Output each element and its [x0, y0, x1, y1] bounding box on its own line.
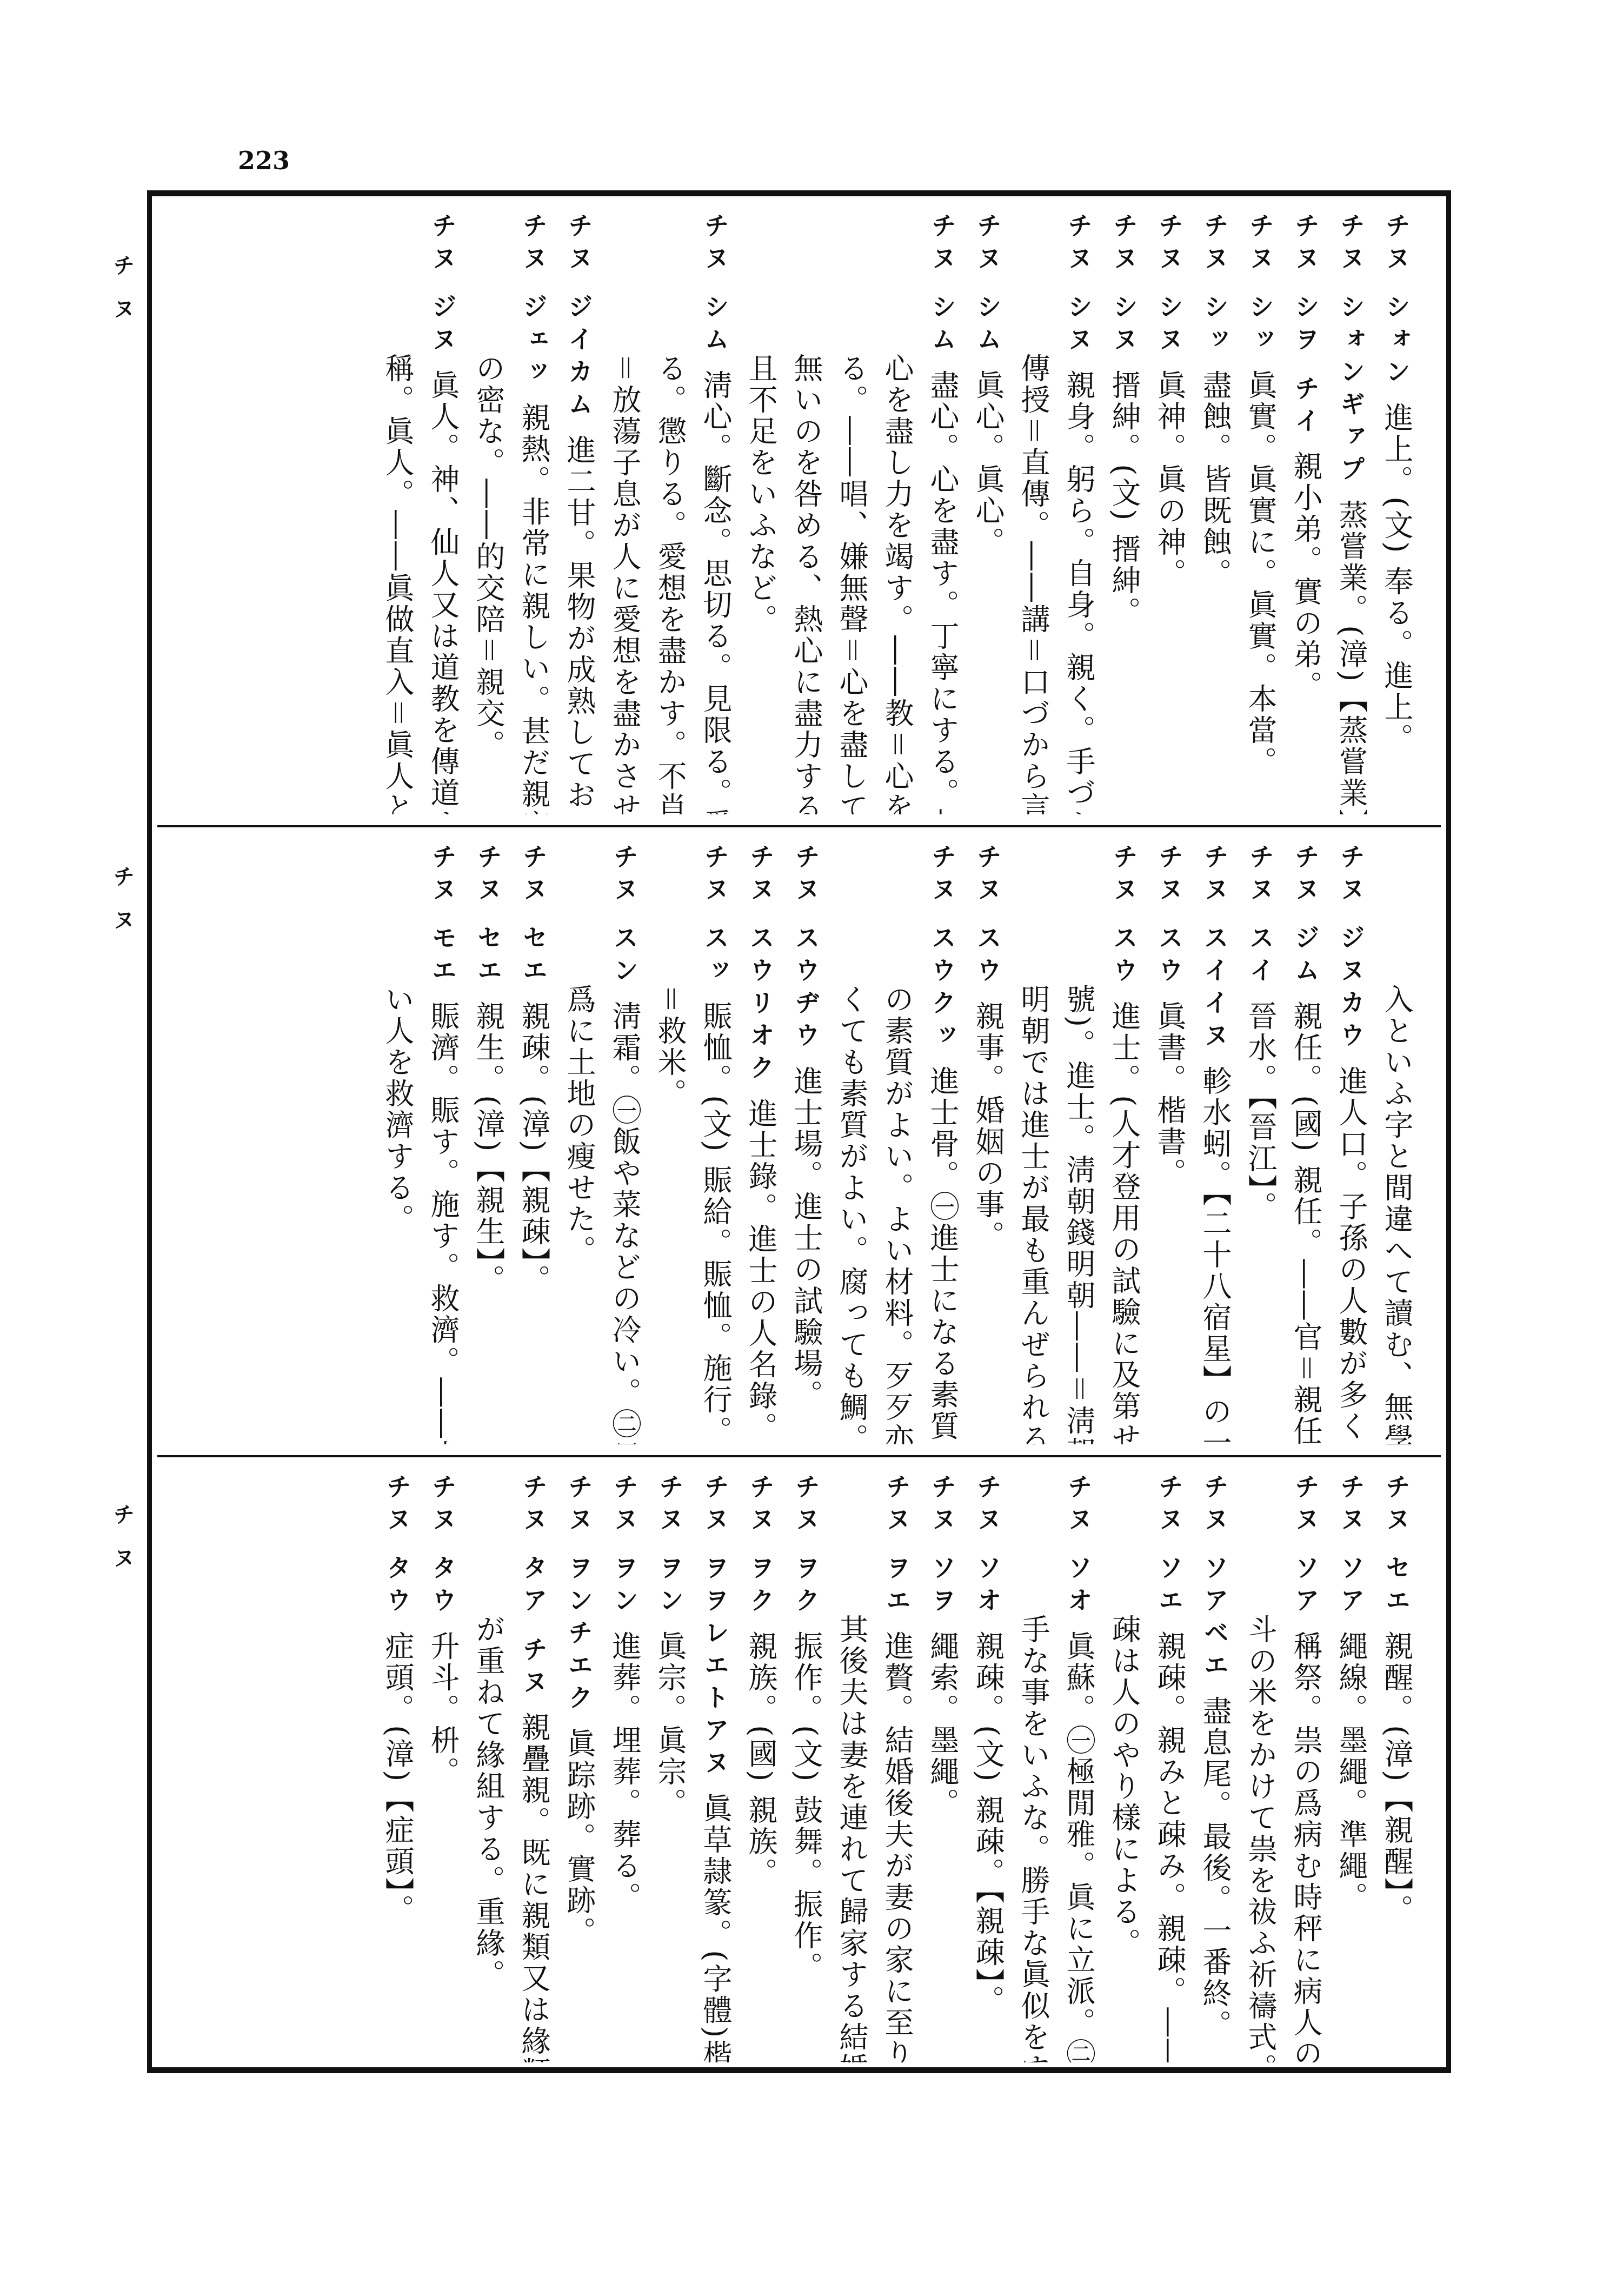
dictionary-entry: チヌ ヲンチエク 眞踪跡。實跡。 — [556, 1474, 602, 2062]
entry-definition: い人を救濟する。 — [381, 984, 415, 1235]
dictionary-entry: チヌ ジイカム 進二甘。果物が成熟しておいしい。 — [556, 213, 602, 814]
entry-definition: 親身。躬ら。自身。親く。手づから。―― — [1062, 370, 1096, 814]
entry-definition: 親小弟。實の弟。 — [1289, 451, 1323, 702]
entry-definition: くても素質がよい。腐っても鯛。 — [835, 984, 869, 1444]
dictionary-entry: チヌ シッ 盡蝕。皆既蝕。 — [1192, 213, 1238, 814]
entry-definition: 斗の米をかけて祟を祓ふ祈禱式。 — [1243, 1614, 1278, 2062]
entry-definition: 眞實。眞實に。眞實。本當。 — [1243, 370, 1278, 778]
dictionary-entry: チヌ セエ 親醒。(漳)【親醒】。 — [1374, 1474, 1419, 2062]
entry-headword: チヌ ヲエ — [882, 1474, 912, 1620]
entry-headword: チヌ ソア — [1291, 1474, 1320, 1620]
dictionary-entry: チヌ ジヌカウ 進人口。子孫の人數が多くなる。 — [1328, 844, 1374, 1444]
entry-headword: チヌ シム — [928, 213, 957, 359]
entry-definition: 親熱。非常に親しい。甚だ親密。情交 — [517, 402, 551, 814]
entry-headword: チヌ ヲヲレエトアヌ — [701, 1474, 730, 1782]
dictionary-entry: チヌ ソオ 眞蘇。㊀極閒雅。眞に立派。㊁(罵) 自分勝 — [1056, 1474, 1101, 2062]
dictionary-entry: チヌ タウ 症頭。(漳)【症頭】。 — [375, 1474, 420, 2062]
dictionary-entry: チヌ タウ 升斗。枡。 — [420, 1474, 465, 2062]
entry-headword: チヌ ヲク — [746, 1474, 775, 1620]
dictionary-entry: チヌ ソア 繩線。墨繩。準繩。 — [1328, 1474, 1374, 2062]
dictionary-entry: チヌ シヲ チイ 親小弟。實の弟。 — [1283, 213, 1328, 814]
entry-headword: チヌ モエ — [428, 844, 457, 990]
entry-definition: 進二甘。果物が成熟しておいしい。 — [562, 435, 596, 814]
entry-definition: 心を盡し力を竭す。――教＝心を盡して教へ — [880, 353, 914, 814]
dictionary-entry: チヌ シム 淸心。斷念。思切る。見限る。愛想がつき — [693, 213, 738, 814]
entry-definition: 軫水蚓。【二十八宿星】の一。 — [1198, 1066, 1232, 1444]
entry-band-middle: 入といふ字と間違へて讀む、無學粗忽を罵る意。チヌ ジヌカウ 進人口。子孫の人數が… — [157, 825, 1441, 1455]
dictionary-entry: チヌ シム 眞心。眞心。 — [965, 213, 1010, 814]
entry-headword: チヌ シム — [701, 213, 730, 359]
entry-headword: チヌ ソヲ — [928, 1474, 957, 1620]
entry-headword: チヌ シッ — [1246, 213, 1275, 359]
entry-continuation: い人を救濟する。 — [375, 844, 420, 1444]
entry-definition: 症頭。(漳)【症頭】。 — [381, 1631, 415, 1926]
dictionary-entry: チヌ スウクッ 進士骨。㊀進士になる素質。㊁品物 — [920, 844, 965, 1444]
dictionary-entry: チヌ ソアベエ 盡息尾。最後。一番終。 — [1192, 1474, 1238, 2062]
entry-definition: 眞神。眞の神。 — [1153, 370, 1187, 589]
entry-continuation: 無いのを咎める、熱心に盡力するにも拘はらず尙 — [783, 213, 829, 814]
entry-band-top: チヌ シォン 進上。(文) 奉る。進上。チヌ シォンギァプ 蒸嘗業。(漳)【蒸嘗… — [157, 196, 1441, 825]
entry-definition: 疎は人のやり樣による。 — [1107, 1614, 1141, 1959]
dictionary-entry: チヌ スイ 晉水。【晉江】。 — [1238, 844, 1283, 1444]
entry-definition: 眞心。眞心。 — [971, 370, 1005, 558]
dictionary-entry: チヌ ソア 稱祭。祟の爲病む時秤に病人の着物と一 — [1283, 1474, 1328, 2062]
entry-definition: 搢紳。(文) 搢紳。 — [1107, 370, 1141, 628]
dictionary-entry: チヌ ジム 親任。(國) 親任。――官＝親任官。 — [1283, 844, 1328, 1444]
entry-headword: チヌ シォン — [1382, 213, 1411, 391]
entry-definition: 親疎。(文) 親疎。【親疎】。 — [971, 1631, 1005, 2016]
entry-continuation: る。懲りる。愛想を盡かす。不肖子成人―― — [647, 213, 693, 814]
entry-headword: チヌ スウクッ — [928, 844, 957, 1054]
entry-headword: チヌ ヲク — [791, 1474, 821, 1620]
margin-index-label-1: チヌ — [111, 254, 138, 341]
entry-headword: チヌ ヲン — [655, 1474, 684, 1620]
dictionary-entry: チヌ セエ 親生。(漳)【親生】。 — [465, 844, 511, 1444]
entry-definition: 無いのを咎める、熱心に盡力するにも拘はらず尙 — [789, 353, 823, 814]
entry-definition: る。懲りる。愛想を盡かす。不肖子成人―― — [653, 353, 687, 814]
entry-definition: 眞踪跡。實跡。 — [562, 1728, 596, 1948]
entry-continuation: が重ねて緣組する。重緣。 — [465, 1474, 511, 2062]
entry-definition: 稱。眞人。――眞做直入＝眞人といふ字を直 — [381, 353, 415, 814]
entry-definition: 進葬。埋葬。葬る。 — [608, 1631, 642, 1913]
entry-definition: 親醒。(漳)【親醒】。 — [1380, 1631, 1414, 1926]
entry-headword: チヌ スイ — [1246, 844, 1275, 990]
dictionary-entry: チヌ シヌ 眞神。眞の神。 — [1147, 213, 1192, 814]
entry-headword: チヌ ジェッ — [519, 213, 548, 391]
entry-definition: 親族。(國) 親族。 — [744, 1631, 778, 1889]
entry-headword: チヌ スウ — [1109, 844, 1139, 990]
entry-continuation: 其後夫は妻を連れて歸家する結婚。【入門】を見 — [829, 1474, 874, 2062]
entry-continuation: ＝放蕩子息が人に愛想を盡かさせる。 — [602, 213, 647, 814]
entry-headword: チヌ タア チヌ — [519, 1474, 548, 1701]
dictionary-entry: チヌ ヲヲレエトアヌ 眞草隷篆。(字體)楷草隷篆。 — [693, 1474, 738, 2062]
dictionary-entry: チヌ ソヲ 繩索。墨繩。 — [920, 1474, 965, 2062]
entry-continuation: 爲に土地の瘦せた。 — [556, 844, 602, 1444]
dictionary-entry: チヌ セエ 親疎。(漳)【親疎】。 — [511, 844, 556, 1444]
entry-definition: 眞草隷篆。(字體)楷草隷篆。 — [699, 1793, 733, 2062]
entry-definition: 進人口。子孫の人數が多くなる。 — [1334, 1066, 1368, 1444]
dictionary-frame: チヌ シォン 進上。(文) 奉る。進上。チヌ シォンギァプ 蒸嘗業。(漳)【蒸嘗… — [147, 190, 1451, 2073]
entry-headword: チヌ ジム — [1291, 844, 1320, 990]
entry-definition: 晉水。【晉江】。 — [1243, 1001, 1278, 1223]
entry-continuation: 入といふ字と間違へて讀む、無學粗忽を罵る意。 — [1374, 844, 1419, 1444]
entry-headword: チヌ スイイヌ — [1200, 844, 1229, 1054]
dictionary-entry: チヌ ジェッ 親熱。非常に親しい。甚だ親密。情交 — [511, 213, 556, 814]
entry-headword: チヌ スウ — [973, 844, 1002, 990]
entry-definition: が重ねて緣組する。重緣。 — [471, 1614, 505, 1990]
entry-headword: チヌ タウ — [383, 1474, 412, 1620]
entry-definition: 眞書。楷書。 — [1153, 1001, 1187, 1189]
margin-index-label-2: チヌ — [111, 865, 138, 952]
entry-definition: 其後夫は妻を連れて歸家する結婚。【入門】を見 — [835, 1614, 869, 2062]
entry-definition: 親疊親。既に親類又は緣類たるもの — [517, 1712, 551, 2062]
entry-definition: 親事。婚姻の事。 — [971, 1001, 1005, 1252]
entry-definition: 眞人。神、仙人又は道教を傳道する人の尊 — [426, 370, 460, 814]
entry-continuation: 號)。進士。淸朝錢明朝――＝淸朝では錢、 — [1056, 844, 1101, 1444]
dictionary-entry: チヌ ソエ 親疎。親みと疎み。親疎。――在人做＝親 — [1147, 1474, 1192, 2062]
entry-continuation: 斗の米をかけて祟を祓ふ祈禱式。 — [1238, 1474, 1283, 2062]
entry-definition: 淸霜。㊀飯や菜などの冷い。㊁日當の惡い — [608, 1001, 642, 1444]
entry-continuation: の素質がよい。よい材料。歹歹亦是――＝惡 — [874, 844, 920, 1444]
entry-definition: 淸心。斷念。思切る。見限る。愛想がつき — [699, 370, 733, 814]
dictionary-entry: チヌ シヌ 親身。躬ら。自身。親く。手づから。―― — [1056, 213, 1101, 814]
entry-definition: 繩線。墨繩。準繩。 — [1334, 1631, 1368, 1913]
entry-headword: チヌ スウリオク — [746, 844, 775, 1087]
entry-headword: チヌ シヌ — [1155, 213, 1184, 359]
entry-definition: ＝放蕩子息が人に愛想を盡かさせる。 — [608, 353, 642, 814]
entry-headword: チヌ ヲンチエク — [564, 1474, 594, 1717]
dictionary-entry: チヌ ヲク 親族。(國) 親族。 — [738, 1474, 783, 2062]
entry-definition: 升斗。枡。 — [426, 1631, 460, 1788]
entry-headword: チヌ セエ — [474, 844, 503, 990]
entry-continuation: 疎は人のやり樣による。 — [1101, 1474, 1147, 2062]
dictionary-entry: チヌ シム 盡心。心を盡す。丁寧にする。――竭力＝ — [920, 213, 965, 814]
entry-headword: チヌ ヲン — [610, 1474, 639, 1620]
entry-definition: 進士錄。進士の人名錄。 — [744, 1098, 778, 1443]
dictionary-entry: チヌ シヌ 搢紳。(文) 搢紳。 — [1101, 213, 1147, 814]
dictionary-entry: チヌ ヲン 進葬。埋葬。葬る。 — [602, 1474, 647, 2062]
entry-definition: 眞宗。眞宗。 — [653, 1631, 687, 1819]
entry-headword: チヌ シヌ — [1109, 213, 1139, 359]
entry-headword: チヌ ソア — [1336, 1474, 1366, 1620]
entry-headword: チヌ ジヌ — [428, 213, 457, 359]
entry-headword: チヌ スウヂウ — [791, 844, 821, 1054]
entry-definition: 入といふ字と間違へて讀む、無學粗忽を罵る意。 — [1380, 984, 1414, 1444]
dictionary-entry: チヌ ソオ 親疎。(文) 親疎。【親疎】。 — [965, 1474, 1010, 2062]
entry-definition: 親疎。親みと疎み。親疎。――在人做＝親 — [1153, 1631, 1187, 2062]
entry-definition: 賑濟。賑す。施す。救濟。――赤人＝貧し — [426, 1001, 460, 1444]
entry-headword: チヌ セエ — [1382, 1474, 1411, 1620]
entry-definition: 稱祭。祟の爲病む時秤に病人の着物と一 — [1289, 1631, 1323, 2062]
dictionary-entry: チヌ ヲン 眞宗。眞宗。 — [647, 1474, 693, 2062]
entry-definition: 進士場。進士の試驗場。 — [789, 1066, 823, 1411]
dictionary-entry: チヌ スン 淸霜。㊀飯や菜などの冷い。㊁日當の惡い — [602, 844, 647, 1444]
entry-definition: 賑恤。(文) 賑給。賑恤。施行。――的米 — [699, 1001, 733, 1444]
entry-headword: チヌ ソエ — [1155, 1474, 1184, 1620]
entry-continuation: 心を盡し力を竭す。――教＝心を盡して教へ — [874, 213, 920, 814]
entry-definition: ＝救米。 — [653, 984, 687, 1110]
entry-continuation: 手な事をいふな。勝手な眞似をするな。 — [1010, 1474, 1056, 2062]
entry-headword: チヌ スン — [610, 844, 639, 990]
dictionary-entry: チヌ スウヂウ 進士場。進士の試驗場。 — [783, 844, 829, 1444]
entry-band-bottom: チヌ セエ 親醒。(漳)【親醒】。チヌ ソア 繩線。墨繩。準繩。チヌ ソア 稱祭… — [157, 1455, 1441, 2073]
entry-definition: 盡心。心を盡す。丁寧にする。――竭力＝ — [926, 370, 960, 814]
entry-definition: 盡蝕。皆既蝕。 — [1198, 370, 1232, 589]
entry-headword: チヌ シヲ チイ — [1291, 213, 1320, 440]
dictionary-entry: チヌ ジヌ 眞人。神、仙人又は道教を傳道する人の尊 — [420, 213, 465, 814]
entry-headword: チヌ ソオ — [1064, 1474, 1093, 1620]
entry-headword: チヌ タウ — [428, 1474, 457, 1620]
entry-headword: チヌ スウ — [1155, 844, 1184, 990]
entry-headword: チヌ ジヌカウ — [1336, 844, 1366, 1054]
entry-continuation: 傳授＝直傳。――講＝口づから言ふ。 — [1010, 213, 1056, 814]
entry-headword: チヌ シォンギァプ — [1336, 213, 1366, 488]
margin-index-label-3: チヌ — [111, 1503, 138, 1590]
entry-definition: 繩索。墨繩。 — [926, 1631, 960, 1819]
dictionary-entry: チヌ スウリオク 進士錄。進士の人名錄。 — [738, 844, 783, 1444]
entry-continuation: る。――唱、嫌無聲＝心を盡して歌っても聲の — [829, 213, 874, 814]
dictionary-entry: チヌ スウ 進士。(人才登用の試驗に及第せしものの稱 — [1101, 844, 1147, 1444]
entry-definition: の素質がよい。よい材料。歹歹亦是――＝惡 — [880, 984, 914, 1444]
entry-definition: 進上。(文) 奉る。進上。 — [1380, 402, 1414, 754]
entry-headword: チヌ スッ — [701, 844, 730, 990]
entry-definition: 盡息尾。最後。一番終。 — [1198, 1696, 1232, 2041]
entry-definition: の密な。――的交陪＝親交。 — [471, 353, 505, 761]
entry-continuation: 明朝では進士が最も重んぜられる。 — [1010, 844, 1056, 1444]
entry-definition: 且不足をいふなど。 — [744, 353, 778, 635]
entry-headword: チヌ セエ — [519, 844, 548, 990]
entry-headword: チヌ ジイカム — [564, 213, 594, 423]
entry-continuation: くても素質がよい。腐っても鯛。 — [829, 844, 874, 1444]
dictionary-entry: チヌ スッ 賑恤。(文) 賑給。賑恤。施行。――的米 — [693, 844, 738, 1444]
entry-definition: 爲に土地の瘦せた。 — [562, 984, 596, 1266]
entry-definition: 蒸嘗業。(漳)【蒸嘗業】。 — [1334, 500, 1368, 814]
entry-definition: 親任。(國) 親任。――官＝親任官。 — [1289, 1001, 1323, 1444]
entry-definition: 手な事をいふな。勝手な眞似をするな。 — [1016, 1614, 1050, 2062]
entry-definition: 進贅。結婚後夫が妻の家に至り暫時同居し — [880, 1631, 914, 2062]
entry-definition: 眞蘇。㊀極閒雅。眞に立派。㊁(罵) 自分勝 — [1062, 1631, 1096, 2062]
entry-continuation: ＝救米。 — [647, 844, 693, 1444]
dictionary-entry: チヌ モエ 賑濟。賑す。施す。救濟。――赤人＝貧し — [420, 844, 465, 1444]
entry-headword: チヌ ソオ — [973, 1474, 1002, 1620]
entry-headword: チヌ シム — [973, 213, 1002, 359]
entry-continuation: の密な。――的交陪＝親交。 — [465, 213, 511, 814]
entry-definition: 進士骨。㊀進士になる素質。㊁品物 — [926, 1066, 960, 1444]
entry-continuation: 且不足をいふなど。 — [738, 213, 783, 814]
entry-definition: 親疎。(漳)【親疎】。 — [517, 1001, 551, 1296]
entry-definition: 傳授＝直傳。――講＝口づから言ふ。 — [1016, 353, 1050, 814]
entry-headword: チヌ シッ — [1200, 213, 1229, 359]
dictionary-entry: チヌ ヲエ 進贅。結婚後夫が妻の家に至り暫時同居し — [874, 1474, 920, 2062]
entry-definition: 振作。(文) 鼓舞。振作。 よ。 — [789, 1631, 823, 2062]
entry-headword: チヌ シヌ — [1064, 213, 1093, 359]
dictionary-entry: チヌ タア チヌ 親疊親。既に親類又は緣類たるもの — [511, 1474, 556, 2062]
dictionary-entry: チヌ シォンギァプ 蒸嘗業。(漳)【蒸嘗業】。 — [1328, 213, 1374, 814]
dictionary-entry: チヌ シッ 眞實。眞實に。眞實。本當。 — [1238, 213, 1283, 814]
entry-headword: チヌ ソアベエ — [1200, 1474, 1229, 1684]
entry-definition: 親生。(漳)【親生】。 — [471, 1001, 505, 1296]
dictionary-entry: チヌ ヲク 振作。(文) 鼓舞。振作。 よ。 — [783, 1474, 829, 2062]
dictionary-entry: チヌ シォン 進上。(文) 奉る。進上。 — [1374, 213, 1419, 814]
entry-definition: 號)。進士。淸朝錢明朝――＝淸朝では錢、 — [1062, 984, 1096, 1444]
entry-continuation: 稱。眞人。――眞做直入＝眞人といふ字を直 — [375, 213, 420, 814]
entry-definition: 進士。(人才登用の試驗に及第せしものの稱 — [1107, 1001, 1141, 1444]
entry-definition: る。――唱、嫌無聲＝心を盡して歌っても聲の — [835, 353, 869, 814]
dictionary-entry: チヌ スウ 眞書。楷書。 — [1147, 844, 1192, 1444]
page-number: 223 — [238, 146, 290, 175]
dictionary-entry: チヌ スウ 親事。婚姻の事。 — [965, 844, 1010, 1444]
dictionary-entry: チヌ スイイヌ 軫水蚓。【二十八宿星】の一。 — [1192, 844, 1238, 1444]
entry-definition: 明朝では進士が最も重んぜられる。 — [1016, 984, 1050, 1444]
